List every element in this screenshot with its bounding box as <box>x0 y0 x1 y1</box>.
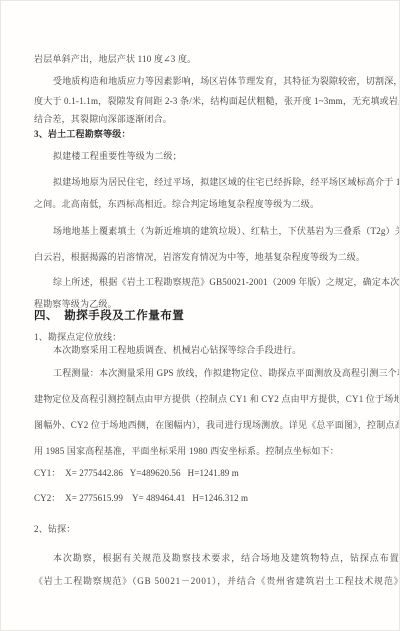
body-line: 工程测量：本次测量采用 GPS 放线，作拟建物定位、勘探点平面测放及高程引测三个… <box>53 368 400 379</box>
control-point-cy1: CY1： X= 2775442.86 Y=489620.56 H=1241.89… <box>34 468 239 479</box>
subsection-heading-2: 2、钻探： <box>34 524 76 535</box>
section-heading-4: 四、 勘探手段及工作量布置 <box>34 311 184 322</box>
body-line: 度大于 0.1-1.1m，裂隙发育间距 2-3 条/米，结构面起伏粗糙，张开度 … <box>34 96 400 107</box>
body-line: 之间。北高南低，东西标高相近。综合判定场地复杂程度等级为二级。 <box>34 199 319 210</box>
body-line: 本次勘察，根据有关规范及勘察技术要求，结合场地及建筑物特点，钻探点布置、钻探深度… <box>53 553 400 564</box>
report-page: 岩层单斜产出，地层产状 110 度∠3 度。 受地质构造和地质应力等因素影响，场… <box>0 0 400 631</box>
body-line: 图幅外、CY2 位于场地西侧，在图幅内），我司进行现场测放。详见《总平面图》，控… <box>34 420 400 431</box>
subsection-heading-1: 1、勘探点定位放线： <box>34 332 122 343</box>
body-line: 白云岩，根据揭露的岩溶情况，岩溶发育情况为中等，地基复杂程度等级为二级。 <box>34 252 365 263</box>
body-line: 程勘察等级为乙级。 <box>34 299 117 310</box>
body-line: 建物定位及高程引测控制点由甲方提供（控制点 CY1 和 CY2 点由甲方提供，C… <box>34 394 400 405</box>
body-line: 拟建场地原为居民住宅，经过平场，拟建区域的住宅已经拆除，经平场区域标高介于 12… <box>53 177 400 188</box>
body-line: 综上所述，根据《岩土工程勘察规范》GB50021-2001（2009 年版）之规… <box>53 277 400 288</box>
body-line: 拟建楼工程重要性等级为二级； <box>53 151 182 162</box>
body-line: 受地质构造和地质应力等因素影响，场区岩体节理发育，其特征为裂隙较密，切割深，一般… <box>53 76 400 87</box>
section-heading-3: 3、岩土工程勘察等级： <box>34 129 131 140</box>
control-point-cy2: CY2： X= 2775615.99 Y= 489464.41 H=1246.3… <box>34 493 248 504</box>
body-line: 结合差，其裂隙向深部逐渐闭合。 <box>34 114 172 125</box>
body-line: 岩层单斜产出，地层产状 110 度∠3 度。 <box>34 54 196 65</box>
body-line: 本次勘察采用工程地质调查、机械岩心钻探等综合手段进行。 <box>53 345 301 356</box>
body-line: 《岩土工程勘察规范》（GB 50021－2001），并结合《贵州省建筑岩土工程技… <box>34 576 400 587</box>
body-line: 用 1985 国家高程基准，平面坐标采用 1980 西安坐标系。控制点坐标如下： <box>34 446 339 457</box>
body-line: 场地地基上覆素填土（为新近堆填的建筑垃圾）、红粘土，下伏基岩为三叠系（T2g）关… <box>53 226 400 237</box>
